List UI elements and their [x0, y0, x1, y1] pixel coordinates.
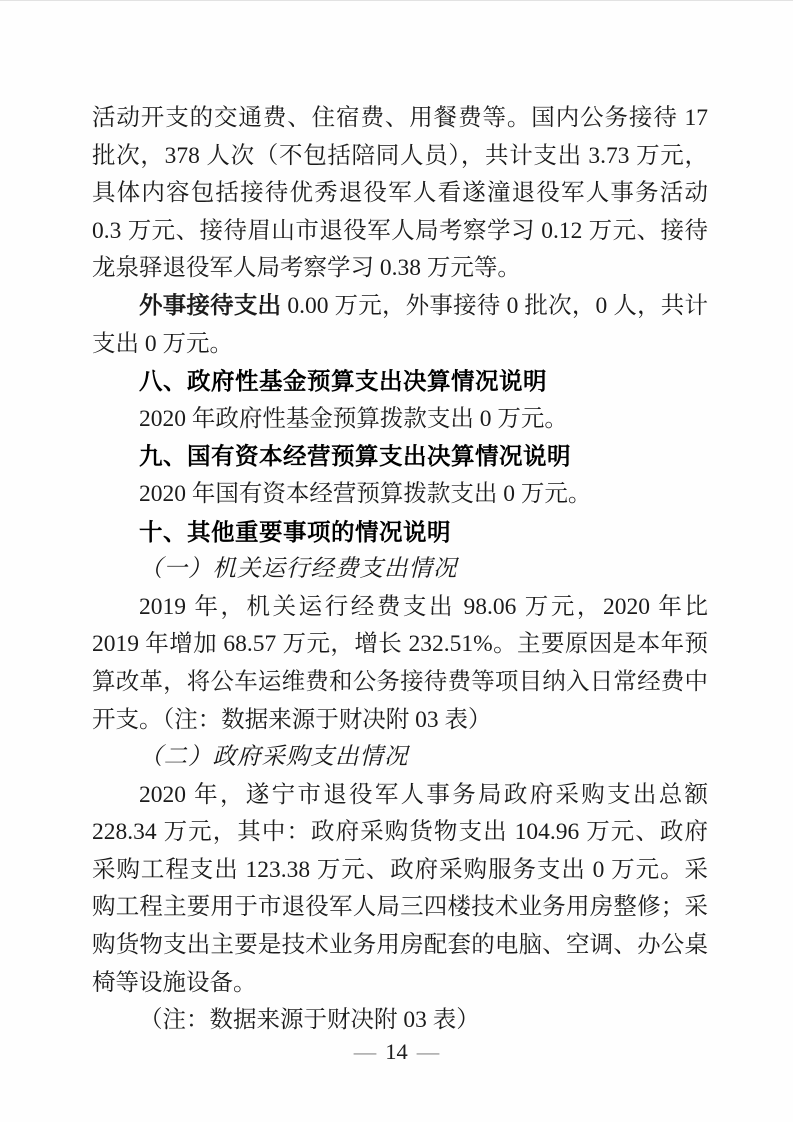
page-top-scan-line	[0, 0, 793, 1]
subheading-procurement: （二）政府采购支出情况	[92, 739, 708, 777]
footer-right-dash: —	[408, 1039, 449, 1064]
document-content: 活动开支的交通费、住宿费、用餐费等。国内公务接待 17 批次，378 人次（不包…	[92, 100, 708, 1040]
paragraph-foreign-reception: 外事接待支出 0.00 万元，外事接待 0 批次，0 人，共计支出 0 万元。	[92, 288, 708, 363]
foreign-reception-bold-lead: 外事接待支出	[139, 293, 281, 319]
paragraph-operating-expense: 2019 年，机关运行经费支出 98.06 万元，2020 年比 2019 年增…	[92, 589, 708, 739]
heading-section-9: 九、国有资本经营预算支出决算情况说明	[92, 438, 708, 476]
heading-section-8: 八、政府性基金预算支出决算情况说明	[92, 363, 708, 401]
footer-left-dash: —	[345, 1039, 386, 1064]
paragraph-government-fund: 2020 年政府性基金预算拨款支出 0 万元。	[92, 401, 708, 439]
paragraph-procurement: 2020 年，遂宁市退役军人事务局政府采购支出总额 228.34 万元，其中：政…	[92, 777, 708, 1003]
document-page: 活动开支的交通费、住宿费、用餐费等。国内公务接待 17 批次，378 人次（不包…	[0, 0, 793, 1122]
heading-section-10: 十、其他重要事项的情况说明	[92, 514, 708, 552]
page-footer: —14—	[0, 1038, 793, 1066]
paragraph-state-capital: 2020 年国有资本经营预算拨款支出 0 万元。	[92, 476, 708, 514]
paragraph-domestic-reception: 活动开支的交通费、住宿费、用餐费等。国内公务接待 17 批次，378 人次（不包…	[92, 100, 708, 288]
subheading-operating-expense: （一）机关运行经费支出情况	[92, 551, 708, 589]
paragraph-data-source-note: （注：数据来源于财决附 03 表）	[92, 1002, 708, 1040]
page-number: 14	[385, 1039, 408, 1064]
